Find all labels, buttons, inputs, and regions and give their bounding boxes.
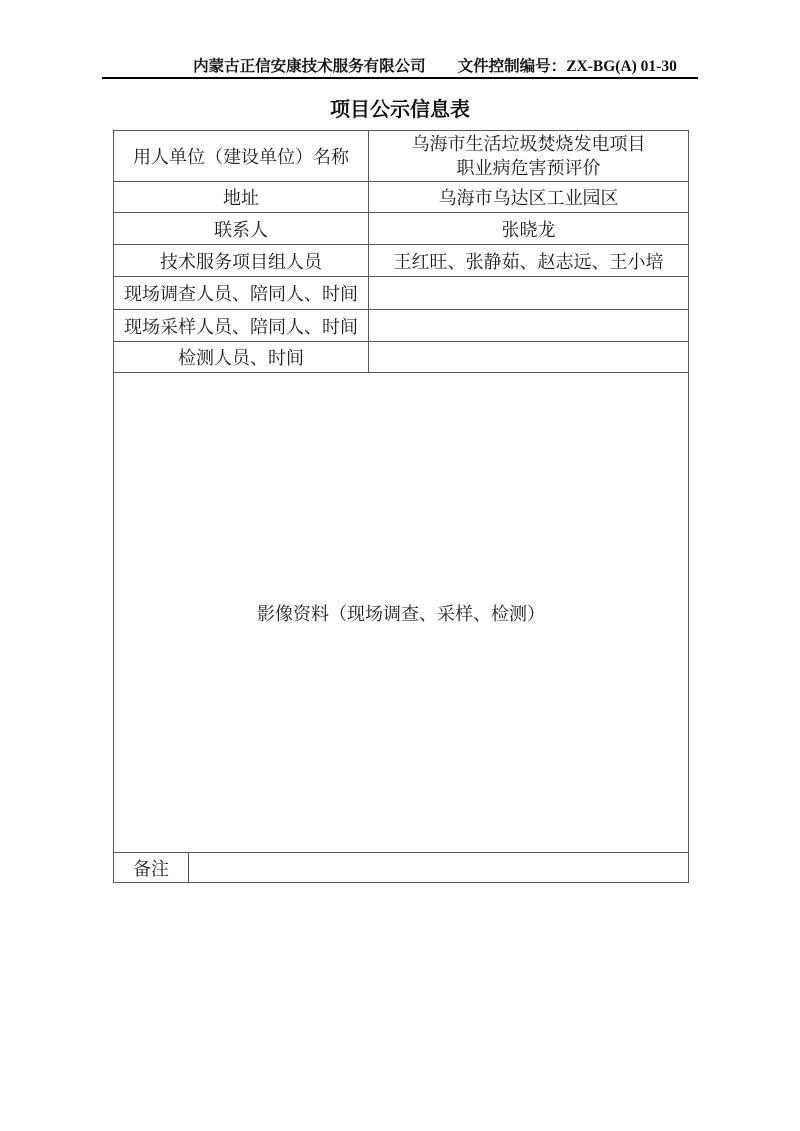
address-value-cell: 乌海市乌达区工业园区 (369, 182, 689, 213)
site-survey-label-cell: 现场调查人员、陪同人、时间 (114, 277, 369, 310)
table-row-remark: 备注 (114, 853, 689, 883)
table-row-service-team: 技术服务项目组人员 王红旺、张静茹、赵志远、王小培 (114, 245, 689, 277)
service-team-value-cell: 王红旺、张静茹、赵志远、王小培 (369, 245, 689, 277)
table-row-site-survey: 现场调查人员、陪同人、时间 (114, 277, 689, 310)
company-name: 内蒙古正信安康技术服务有限公司 (193, 58, 426, 75)
site-sampling-label-cell: 现场采样人员、陪同人、时间 (114, 310, 369, 342)
service-team-label-cell: 技术服务项目组人员 (114, 245, 369, 277)
table-row-address: 地址 乌海市乌达区工业园区 (114, 182, 689, 213)
project-info-table: 用人单位（建设单位）名称 乌海市生活垃圾焚烧发电项目 职业病危害预评价 地址 乌… (113, 130, 689, 883)
address-label-cell: 地址 (114, 182, 369, 213)
remark-value-cell (189, 853, 689, 883)
remark-label-cell: 备注 (114, 853, 189, 883)
page-title: 项目公示信息表 (0, 93, 800, 122)
table-row-employer: 用人单位（建设单位）名称 乌海市生活垃圾焚烧发电项目 职业病危害预评价 (114, 131, 689, 182)
document-page: 内蒙古正信安康技术服务有限公司文件控制编号：ZX-BG(A) 01-30 项目公… (0, 0, 800, 1131)
doc-control-label: 文件控制编号： (458, 58, 567, 75)
contact-value-cell: 张晓龙 (369, 213, 689, 245)
header-divider (102, 77, 698, 79)
contact-label-cell: 联系人 (114, 213, 369, 245)
employer-value-line2: 职业病危害预评价 (371, 156, 686, 180)
table-row-contact: 联系人 张晓龙 (114, 213, 689, 245)
testing-value-cell (369, 342, 689, 373)
doc-control-code: ZX-BG(A) 01-30 (566, 58, 677, 75)
site-sampling-value-cell (369, 310, 689, 342)
employer-label-cell: 用人单位（建设单位）名称 (114, 131, 369, 182)
page-header: 内蒙古正信安康技术服务有限公司文件控制编号：ZX-BG(A) 01-30 (102, 54, 698, 76)
employer-value-cell: 乌海市生活垃圾焚烧发电项目 职业病危害预评价 (369, 131, 689, 182)
site-survey-value-cell (369, 277, 689, 310)
employer-value-line1: 乌海市生活垃圾焚烧发电项目 (371, 132, 686, 156)
table-row-site-sampling: 现场采样人员、陪同人、时间 (114, 310, 689, 342)
table-row-media: 影像资料（现场调查、采样、检测） (114, 373, 689, 853)
testing-label-cell: 检测人员、时间 (114, 342, 369, 373)
media-section-cell: 影像资料（现场调查、采样、检测） (114, 373, 689, 853)
media-section-title: 影像资料（现场调查、采样、检测） (116, 600, 686, 626)
table-row-testing: 检测人员、时间 (114, 342, 689, 373)
